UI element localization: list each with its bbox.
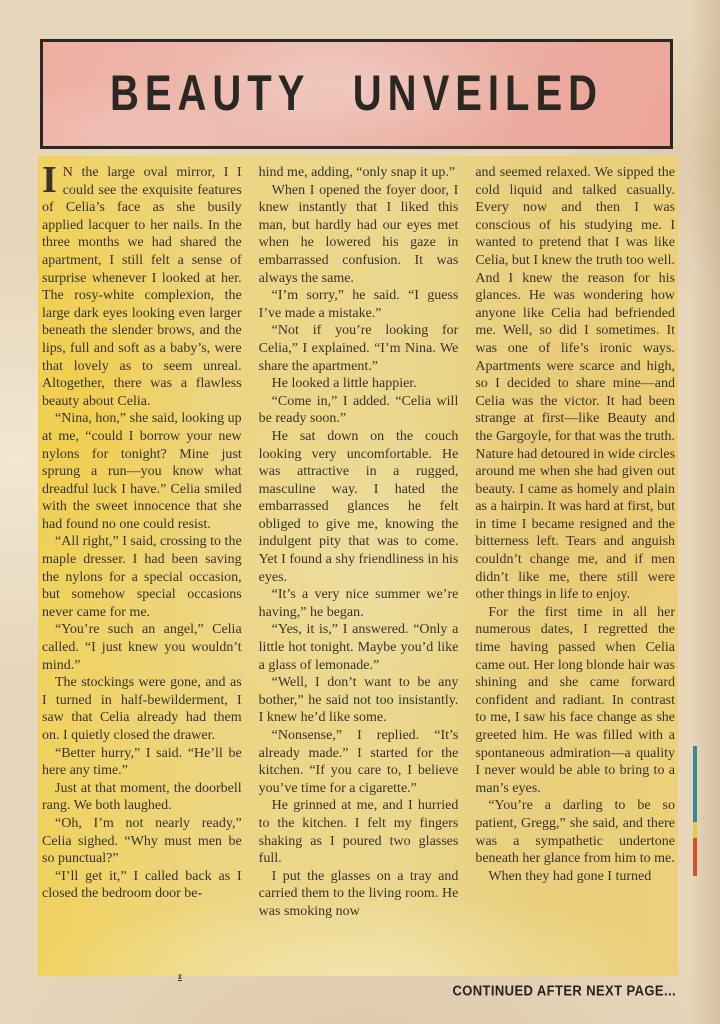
story-paragraph: The stockings were gone, and as I turned… — [42, 674, 242, 744]
comic-text-page: BEAUTY UNVEILED IN the large oval mirror… — [0, 0, 720, 1024]
registration-red-mark — [693, 838, 697, 876]
story-paragraph: “Come in,” I added. “Celia will be ready… — [259, 393, 459, 428]
story-paragraph: “Nina, hon,” she said, looking up at me,… — [42, 410, 242, 533]
drop-cap: I — [42, 164, 63, 196]
story-paragraph: He sat down on the couch looking very un… — [259, 428, 459, 586]
story-paragraph: IN the large oval mirror, I I could see … — [42, 164, 242, 410]
story-paragraph: “I’m sorry,” he said. “I guess I’ve made… — [259, 287, 459, 322]
registration-yellow-mark — [693, 822, 697, 838]
story-paragraph: “Not if you’re looking for Celia,” I exp… — [259, 322, 459, 375]
story-paragraph: He grinned at me, and I hurried to the k… — [259, 797, 459, 867]
story-paragraph: “Well, I don’t want to be any bother,” h… — [259, 674, 459, 727]
story-column-3: and seemed relaxed. We sipped the cold l… — [475, 164, 675, 976]
registration-strip — [693, 746, 697, 876]
story-paragraph: “Oh, I’m not nearly ready,” Celia sighed… — [42, 815, 242, 868]
story-paragraph: For the first time in all her numerous d… — [475, 604, 675, 798]
signature-mark: z — [178, 971, 182, 981]
story-paragraph: He looked a little happier. — [259, 375, 459, 393]
story-paragraph: “Nonsense,” I replied. “It’s already mad… — [259, 727, 459, 797]
story-paragraph: “Better hurry,” I said. “He’ll be here a… — [42, 745, 242, 780]
story-paragraph: When I opened the foyer door, I knew ins… — [259, 182, 459, 288]
story-paragraph: Just at that moment, the doorbell rang. … — [42, 780, 242, 815]
page-title: BEAUTY UNVEILED — [110, 66, 603, 122]
registration-cyan-mark — [693, 746, 697, 822]
story-paragraph: “It’s a very nice summer we’re having,” … — [259, 586, 459, 621]
story-column-2: hind me, adding, “only snap it up.”When … — [259, 164, 459, 976]
story-paragraph: “I’ll get it,” I called back as I closed… — [42, 868, 242, 903]
story-paragraph: “All right,” I said, crossing to the map… — [42, 533, 242, 621]
story-paragraph: “You’re a darling to be so patient, Greg… — [475, 797, 675, 867]
story-paragraph: When they had gone I turned — [475, 868, 675, 886]
continued-notice: CONTINUED AFTER NEXT PAGE... — [452, 982, 676, 999]
story-paragraph: “You’re such an angel,” Celia called. “I… — [42, 621, 242, 674]
title-box: BEAUTY UNVEILED — [40, 39, 673, 149]
story-paragraph: “Yes, it is,” I answered. “Only a little… — [259, 621, 459, 674]
story-paragraph: and seemed relaxed. We sipped the cold l… — [475, 164, 675, 604]
story-text-area: IN the large oval mirror, I I could see … — [38, 156, 678, 976]
story-paragraph: I put the glasses on a tray and carried … — [259, 868, 459, 921]
story-paragraph: hind me, adding, “only snap it up.” — [259, 164, 459, 182]
story-column-1: IN the large oval mirror, I I could see … — [42, 164, 242, 976]
